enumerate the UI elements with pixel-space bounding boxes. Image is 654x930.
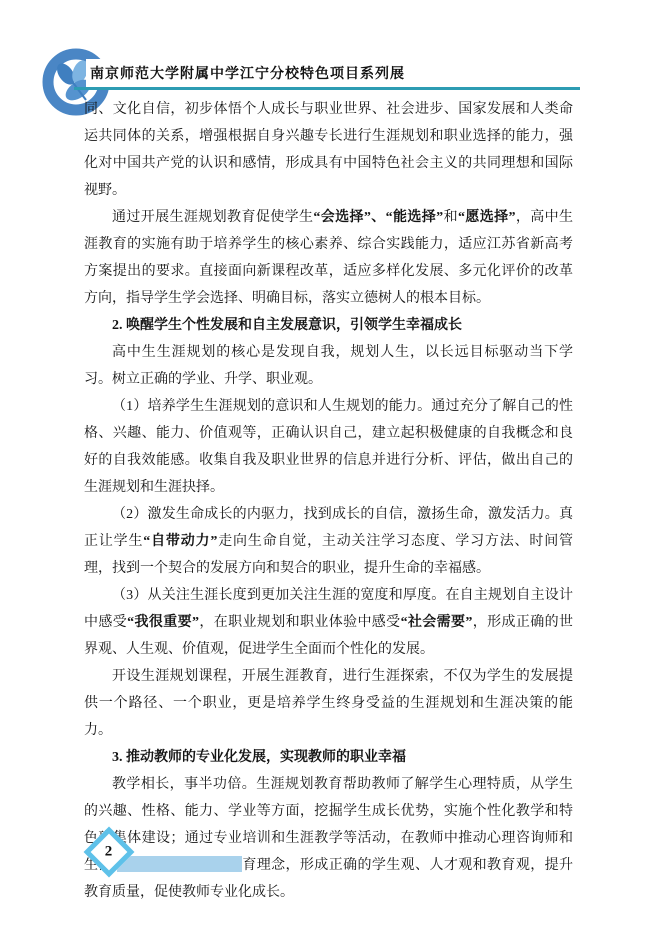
paragraph: 教学相长，事半功倍。生涯规划教育帮助教师了解学生心理特质，从学生的兴趣、性格、能… [84,771,573,906]
emphasized-text: “我很重要” [127,615,199,630]
body-text: 同、文化自信，初步体悟个人成长与职业世界、社会进步、国家发展和人类命运共同体的关… [84,102,573,198]
body-text: （1）培养学生生涯规划的意识和人生规划的能力。通过充分了解自己的性格、兴趣、能力… [84,399,573,495]
body-text: 通过开展生涯规划教育促使学生 [112,210,313,225]
body-text: 高中生生涯规划的核心是发现自我，规划人生，以长远目标驱动当下学习。树立正确的学业… [84,345,573,387]
body-text: 开设生涯规划课程，开展生涯教育，进行生涯探索，不仅为学生的发展提供一个路径、一个… [84,669,573,738]
paragraph: （2）激发生命成长的内驱力，找到成长的自信，激扬生命，激发活力。真正让学生“自带… [84,501,573,582]
paragraph: （3）从关注生涯长度到更加关注生涯的宽度和厚度。在自主规划自主设计中感受“我很重… [84,582,573,663]
document-body: 同、文化自信，初步体悟个人成长与职业世界、社会进步、国家发展和人类命运共同体的关… [84,96,573,906]
emphasized-text: 3. 推动教师的专业化发展，实现教师的职业幸福 [112,750,406,765]
paragraph: 高中生生涯规划的核心是发现自我，规划人生，以长远目标驱动当下学习。树立正确的学业… [84,339,573,393]
emphasized-text: 2. 唤醒学生个性发展和自主发展意识，引领学生幸福成长 [112,318,462,333]
footer-bar [117,856,242,872]
emphasized-text: “会选择”、“能选择” [313,210,443,225]
section-heading: 3. 推动教师的专业化发展，实现教师的职业幸福 [84,744,573,771]
emphasized-text: “社会需要” [401,615,473,630]
emphasized-text: “自带动力” [143,534,217,549]
paragraph: 开设生涯规划课程，开展生涯教育，进行生涯探索，不仅为学生的发展提供一个路径、一个… [84,663,573,744]
emphasized-text: “愿选择” [458,210,516,225]
header-banner: 南京师范大学附属中学江宁分校特色项目系列展 [86,59,582,87]
body-text: 和 [443,210,458,225]
header-divider [74,87,580,90]
header-banner-title: 南京师范大学附属中学江宁分校特色项目系列展 [86,63,405,83]
page-number: 2 [105,844,113,861]
body-text: ，在职业规划和职业体验中感受 [199,615,401,630]
section-heading: 2. 唤醒学生个性发展和自主发展意识，引领学生幸福成长 [84,312,573,339]
paragraph: 通过开展生涯规划教育促使学生“会选择”、“能选择”和“愿选择”，高中生涯教育的实… [84,204,573,312]
document-page: 南京师范大学附属中学江宁分校特色项目系列展 同、文化自信，初步体悟个人成长与职业… [0,0,654,930]
body-text: 教学相长，事半功倍。生涯规划教育帮助教师了解学生心理特质，从学生的兴趣、性格、能… [84,777,573,900]
paragraph: （1）培养学生生涯规划的意识和人生规划的能力。通过充分了解自己的性格、兴趣、能力… [84,393,573,501]
paragraph: 同、文化自信，初步体悟个人成长与职业世界、社会进步、国家发展和人类命运共同体的关… [84,96,573,204]
